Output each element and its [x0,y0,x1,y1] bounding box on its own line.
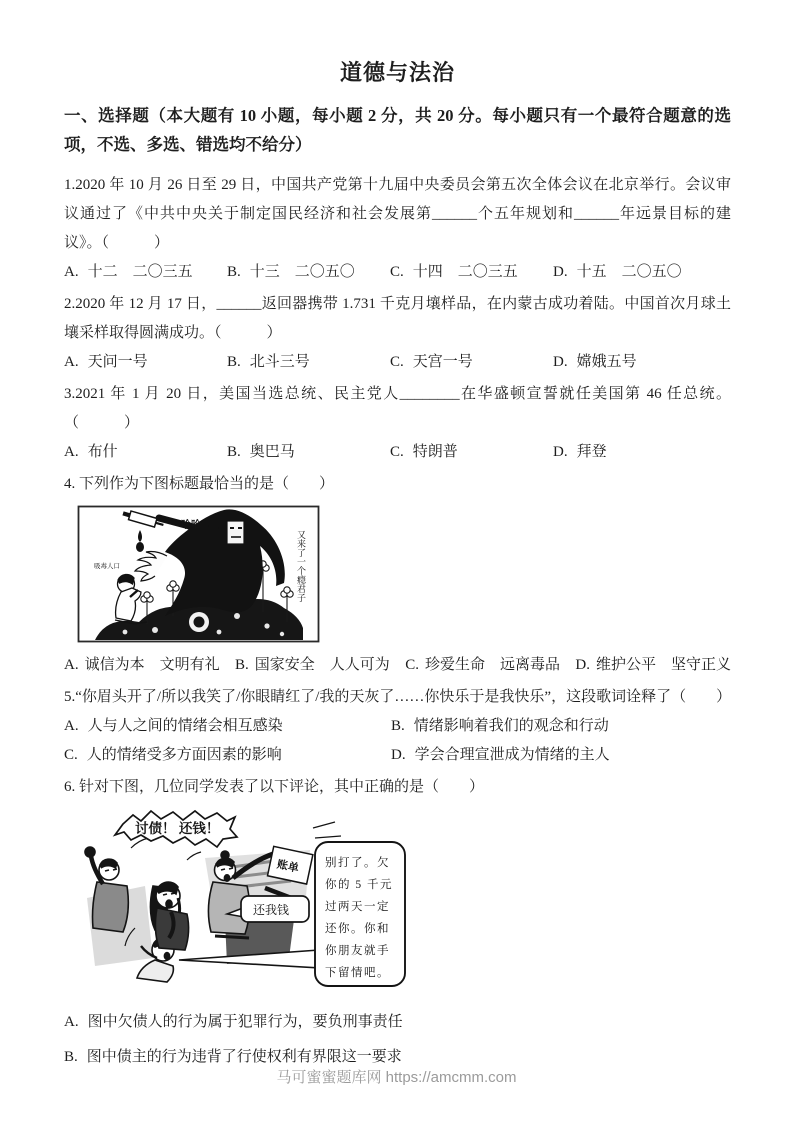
svg-text:还你。你和: 还你。你和 [325,921,390,935]
q2-option-d: D.嫦娥五号 [553,348,637,377]
question-3-options: A.布什 B.奥巴马 C.特朗普 D.拜登 [64,438,731,467]
question-3: 3.2021 年 1 月 20 日，美国当选总统、民主党人________在华盛… [64,380,731,467]
exam-page: 道德与法治 一、选择题（本大题有 10 小题，每小题 2 分，共 20 分。每小… [0,0,793,1122]
q3-option-a: A.布什 [64,438,227,467]
question-3-text: 3.2021 年 1 月 20 日，美国当选总统、民主党人________在华盛… [64,380,731,438]
q1-option-d: D.十五 二〇五〇 [553,258,682,287]
right-caption: 又来了一个瘾君子 [296,530,307,602]
question-5-text: 5.“你眉头开了/所以我笑了/你眼睛红了/我的天灰了……你快乐于是我快乐”，这段… [64,683,731,712]
shout-bubble: 讨债！ 还钱！ [115,811,237,847]
q4-option-a: A.诚信为本 文明有礼 [64,651,220,680]
question-2-text: 2.2020 年 12 月 17 日，______返回器携带 1.731 千克月… [64,290,731,348]
demand-bubble-text: 还我钱 [253,902,289,917]
q6-option-a: A.图中欠债人的行为属于犯罪行为，要负刑事责任 [64,1008,731,1037]
q1-option-b: B.十三 二〇五〇 [227,258,390,287]
q2-option-c: C.天宫一号 [390,348,553,377]
q4-option-d: D.维护公平 坚守正义 [575,651,731,680]
question-5-options: A.人与人之间的情绪会相互感染 B.情绪影响着我们的观念和行动 C.人的情绪受多… [64,712,731,770]
exam-content: 道德与法治 一、选择题（本大题有 10 小题，每小题 2 分，共 20 分。每小… [64,56,731,1078]
question-6-text: 6. 针对下图，几位同学发表了以下评论，其中正确的是（ ） [64,773,731,802]
question-4-cartoon: 哈哈 又来了一个瘾君子 吸毒人口 [77,504,731,644]
debt-collection-cartoon-illustration: 账单 讨债！ 还钱！ 还我钱 [75,808,437,998]
q5-option-c: C.人的情绪受多方面因素的影响 [64,741,391,770]
q5-option-b: B.情绪影响着我们的观念和行动 [391,712,609,741]
q5-option-d: D.学会合理宣泄成为情绪的主人 [391,741,610,770]
debt-collector-2 [150,882,188,950]
plea-bubble: 别打了。欠 你的 5 千元 过两天一定 还你。你和 你朋友就手 下留情吧。 [315,842,405,986]
question-2-options: A.天问一号 B.北斗三号 C.天宫一号 D.嫦娥五号 [64,348,731,377]
q4-option-b: B.国家安全 人人可为 [235,651,390,680]
svg-text:下留情吧。: 下留情吧。 [325,965,390,979]
q3-option-d: D.拜登 [553,438,607,467]
anti-drug-cartoon-illustration: 哈哈 又来了一个瘾君子 吸毒人口 [77,504,321,644]
svg-text:你的 5 千元: 你的 5 千元 [325,877,393,891]
haha-caption: 哈哈 [181,518,201,531]
page-title: 道德与法治 [64,56,731,87]
question-5: 5.“你眉头开了/所以我笑了/你眼睛红了/我的天灰了……你快乐于是我快乐”，这段… [64,683,731,770]
site-watermark: 马可蜜蜜题库网 https://amcmm.com [0,1066,793,1087]
svg-text:过两天一定: 过两天一定 [325,899,390,913]
svg-text:你朋友就手: 你朋友就手 [325,943,390,957]
question-2: 2.2020 年 12 月 17 日，______返回器携带 1.731 千克月… [64,290,731,377]
svg-text:别打了。欠: 别打了。欠 [325,855,390,869]
q1-option-a: A.十二 二〇三五 [64,258,227,287]
q4-option-c: C.珍爱生命 远离毒品 [405,651,560,680]
left-caption: 吸毒人口 [94,561,120,570]
question-6-cartoon: 账单 讨债！ 还钱！ 还我钱 [75,808,731,998]
shout-bubble-text: 讨债！ 还钱！ [135,820,219,836]
question-4: 4. 下列作为下图标题最恰当的是（ ） [64,470,731,680]
question-6: 6. 针对下图，几位同学发表了以下评论，其中正确的是（ ） [64,773,731,1072]
section-heading: 一、选择题（本大题有 10 小题，每小题 2 分，共 20 分。每小题只有一个最… [64,101,731,159]
q3-option-c: C.特朗普 [390,438,553,467]
hooded-face [227,521,244,544]
q1-option-c: C.十四 二〇三五 [390,258,553,287]
question-4-text: 4. 下列作为下图标题最恰当的是（ ） [64,470,731,499]
question-1: 1.2020 年 10 月 26 日至 29 日，中国共产党第十九届中央委员会第… [64,171,731,287]
q2-option-b: B.北斗三号 [227,348,390,377]
question-1-options: A.十二 二〇三五 B.十三 二〇五〇 C.十四 二〇三五 D.十五 二〇五〇 [64,258,731,287]
question-4-options: A.诚信为本 文明有礼 B.国家安全 人人可为 C.珍爱生命 远离毒品 D.维护… [64,651,731,680]
q5-option-a: A.人与人之间的情绪会相互感染 [64,712,391,741]
q2-option-a: A.天问一号 [64,348,227,377]
question-1-text: 1.2020 年 10 月 26 日至 29 日，中国共产党第十九届中央委员会第… [64,171,731,258]
q3-option-b: B.奥巴马 [227,438,390,467]
